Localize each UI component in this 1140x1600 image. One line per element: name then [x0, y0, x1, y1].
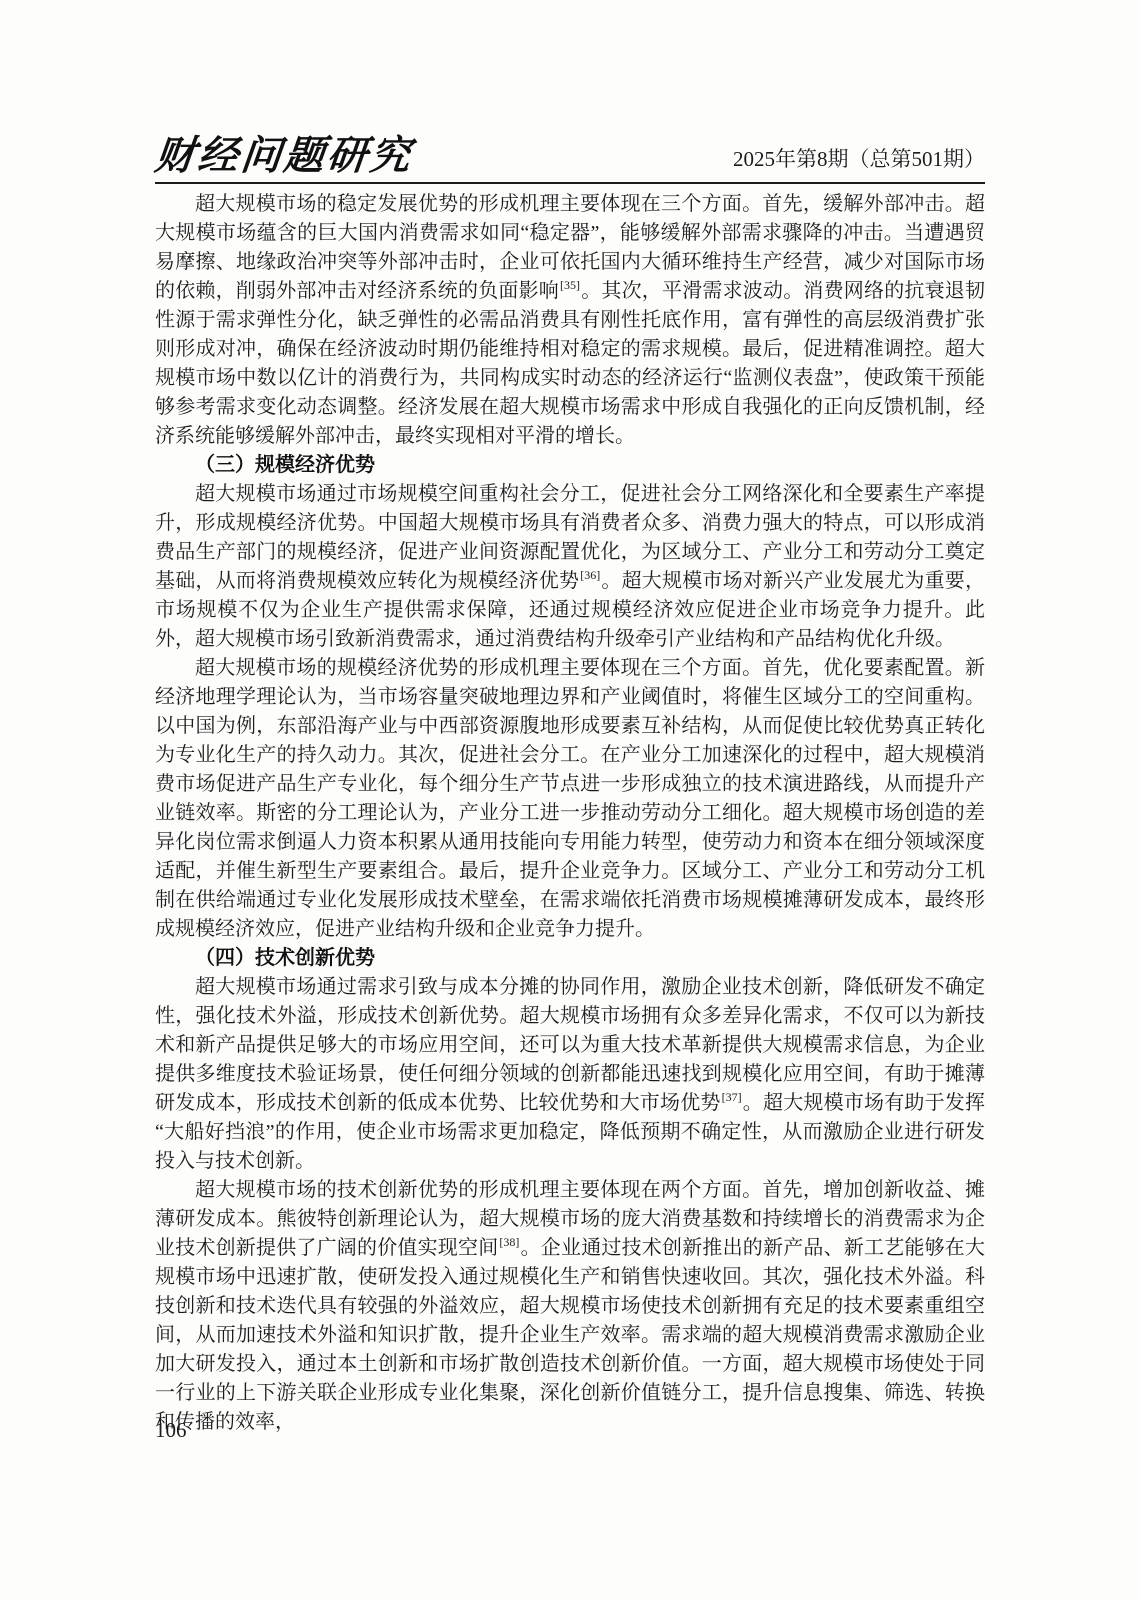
section-heading: （三）规模经济优势: [155, 451, 985, 480]
page-header: 财经问题研究 2025年第8期（总第501期）: [155, 124, 985, 184]
citation-ref: [37]: [721, 1090, 743, 1104]
citation-ref: [36]: [579, 568, 601, 582]
body-paragraph: 超大规模市场的规模经济优势的形成机理主要体现在三个方面。首先，优化要素配置。新经…: [155, 654, 985, 944]
body-paragraph: 超大规模市场的稳定发展优势的形成机理主要体现在三个方面。首先，缓解外部冲击。超大…: [155, 190, 985, 451]
body-paragraph: 超大规模市场的技术创新优势的形成机理主要体现在两个方面。首先，增加创新收益、摊薄…: [155, 1176, 985, 1437]
journal-logo: 财经问题研究: [153, 136, 415, 176]
journal-page: 财经问题研究 2025年第8期（总第501期） 超大规模市场的稳定发展优势的形成…: [0, 0, 1140, 1600]
section-heading: （四）技术创新优势: [155, 944, 985, 973]
issue-info: 2025年第8期（总第501期）: [733, 147, 985, 176]
article-body: 超大规模市场的稳定发展优势的形成机理主要体现在三个方面。首先，缓解外部冲击。超大…: [155, 190, 985, 1437]
page-number: 106: [155, 1418, 187, 1443]
body-paragraph: 超大规模市场通过市场规模空间重构社会分工，促进社会分工网络深化和全要素生产率提升…: [155, 480, 985, 654]
body-paragraph: 超大规模市场通过需求引致与成本分摊的协同作用，激励企业技术创新，降低研发不确定性…: [155, 973, 985, 1176]
citation-ref: [38]: [498, 1235, 520, 1249]
citation-ref: [35]: [559, 278, 581, 292]
